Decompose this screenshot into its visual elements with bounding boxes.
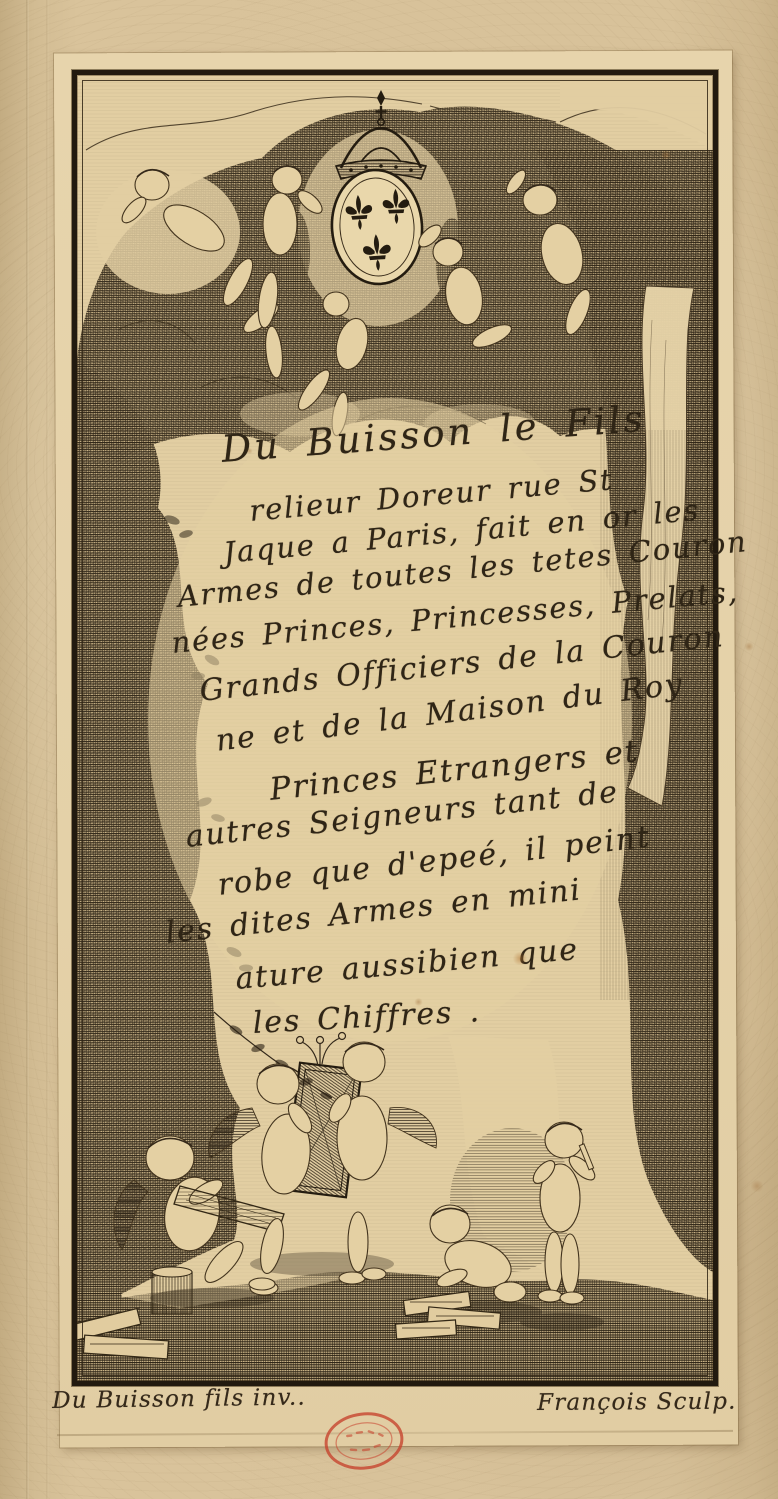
credit-engraver: François Sculp. xyxy=(537,1389,737,1416)
library-stamp xyxy=(318,1406,410,1476)
paper-fold-line xyxy=(26,0,29,1499)
scanned-engraving-page: Du Buisson le Fils relieur Doreur rue St… xyxy=(0,0,778,1499)
paper-fold-line xyxy=(46,0,49,1499)
credit-inventor: Du Buisson fils inv.. xyxy=(52,1384,306,1414)
